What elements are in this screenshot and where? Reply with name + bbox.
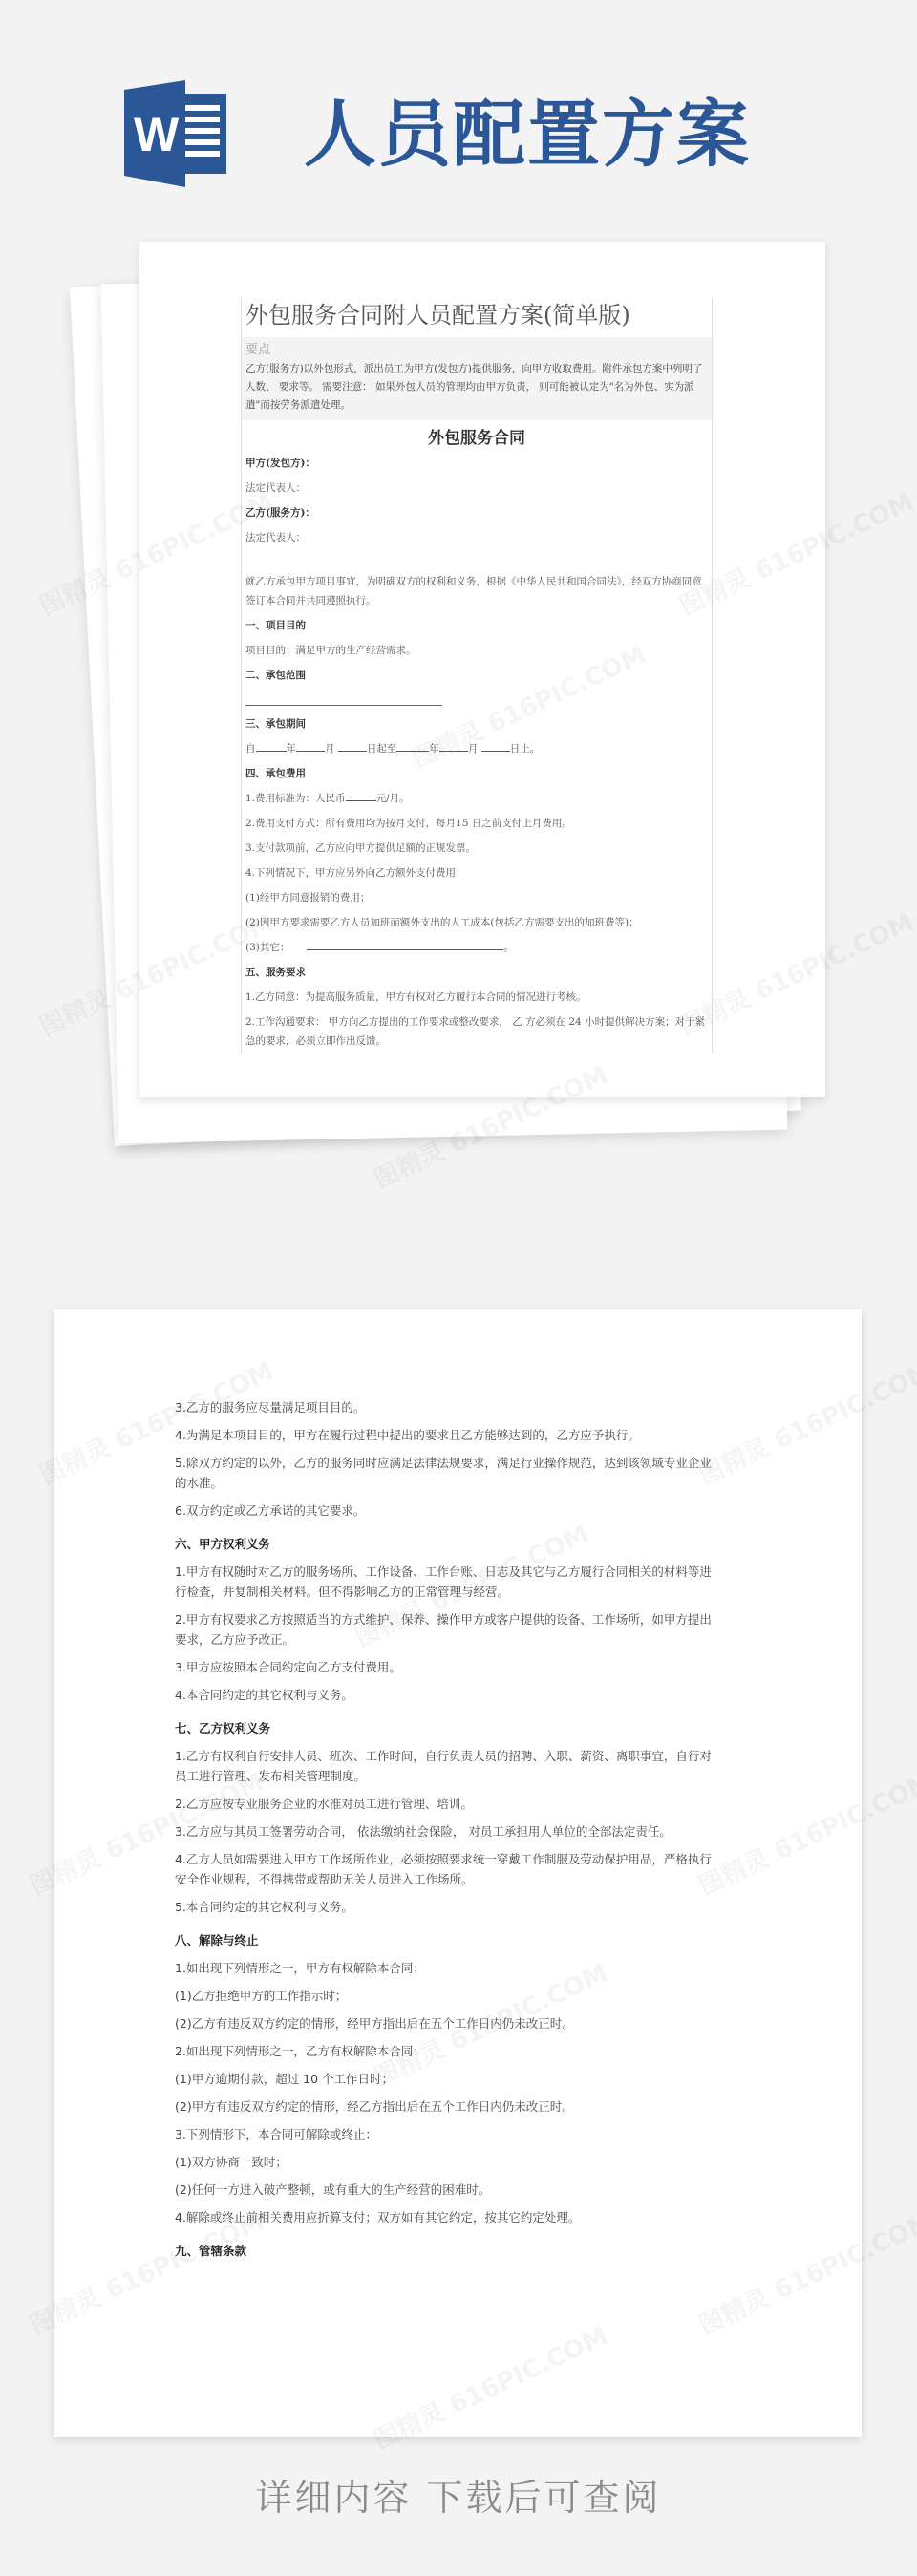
document-title: 外包服务合同附人员配置方案(简单版) xyxy=(242,297,712,337)
party-b-representative: 法定代表人： xyxy=(242,525,712,550)
list-item: (1)乙方拒绝甲方的工作指示时； xyxy=(175,1982,719,2010)
period-text: 年 xyxy=(287,743,297,755)
period-text: 月 xyxy=(325,743,335,755)
list-item: 2.如出现下列情形之一，乙方有权解除本合同： xyxy=(175,2037,719,2065)
contract-title: 外包服务合同 xyxy=(242,426,712,451)
list-item: 5.除双方约定的以外，乙方的服务同时应满足法律法规要求，满足行业操作规范，达到该… xyxy=(175,1449,719,1497)
list-item: 4.下列情况下，甲方应另外向乙方额外支付费用： xyxy=(242,861,712,885)
section-heading: 二、承包范围 xyxy=(242,663,712,688)
list-item: 1.乙方有权利自行安排人员、班次、工作时间，自行负责人员的招聘、入职、薪资、离职… xyxy=(175,1742,719,1790)
section-heading: 三、承包期间 xyxy=(242,712,712,736)
header-banner: W 人员配置方案 xyxy=(0,0,917,229)
list-item: 4.乙方人员如需要进入甲方工作场所作业，必须按照要求统一穿戴工作制服及劳动保护用… xyxy=(175,1845,719,1893)
document-page-2: 3.乙方的服务应尽量满足项目目的。4.为满足本项目目的，甲方在履行过程中提出的要… xyxy=(54,1309,862,2437)
list-item: (2)乙方有违反双方约定的情形，经甲方指出后在五个工作日内仍未改正时。 xyxy=(175,2010,719,2037)
svg-text:W: W xyxy=(134,108,180,161)
period-text: 月 xyxy=(468,743,479,755)
section-heading: 九、管辖条款 xyxy=(175,2237,719,2265)
fee-text: 1.费用标准为：人民币 xyxy=(245,793,346,804)
list-item: (2)甲方有违反双方约定的情形，经乙方指出后在五个工作日内仍未改正时。 xyxy=(175,2093,719,2120)
list-item: 5.本合同约定的其它权利与义务。 xyxy=(175,1893,719,1921)
word-document-icon: W xyxy=(124,80,229,187)
fee-text: 元/月。 xyxy=(376,793,410,804)
blank-field xyxy=(307,939,503,950)
list-item: 1.如出现下列情形之一，甲方有权解除本合同： xyxy=(175,1954,719,1982)
list-item: 4.解除或终止前相关费用应折算支付；双方如有其它约定，按其它约定处理。 xyxy=(175,2203,719,2231)
list-item: 6.双方约定或乙方承诺的其它要求。 xyxy=(175,1497,719,1524)
list-item: 2.乙方应按专业服务企业的水准对员工进行管理、培训。 xyxy=(175,1790,719,1818)
list-item: (1)甲方逾期付款，超过 10 个工作日时； xyxy=(175,2065,719,2093)
list-item: (2)任何一方进入破产整顿，或有重大的生产经营的困难时。 xyxy=(175,2176,719,2203)
list-item: (2)因甲方要求需要乙方人员加班而额外支出的人工成本(包括乙方需要支出的加班费等… xyxy=(242,910,712,935)
preamble: 就乙方承包甲方项目事宜，为明确双方的权利和义务，根据《中华人民共和国合同法》，经… xyxy=(242,569,712,613)
other-end: 。 xyxy=(503,942,514,953)
document-content: 3.乙方的服务应尽量满足项目目的。4.为满足本项目目的，甲方在履行过程中提出的要… xyxy=(175,1394,719,2265)
list-item: 1.甲方有权随时对乙方的服务场所、工作设备、工作台账、日志及其它与乙方履行合同相… xyxy=(175,1558,719,1606)
section-heading: 七、乙方权利义务 xyxy=(175,1714,719,1742)
list-item: 4.为满足本项目目的，甲方在履行过程中提出的要求且乙方能够达到的，乙方应予执行。 xyxy=(175,1421,719,1449)
list-item-other: (3)其它：。 xyxy=(242,935,712,960)
download-hint: 详细内容 下载后可查阅 xyxy=(0,2468,917,2521)
list-item: 3.支付款项前，乙方应向甲方提供足额的正规发票。 xyxy=(242,836,712,861)
section-heading: 四、承包费用 xyxy=(242,761,712,786)
period-text: 日起至 xyxy=(367,743,397,755)
section-heading: 五、服务要求 xyxy=(242,960,712,985)
list-item: 3.甲方应按照本合同约定向乙方支付费用。 xyxy=(175,1653,719,1681)
document-page-1: 外包服务合同附人员配置方案(简单版) 要点 乙方(服务方)以外包形式，派出员工为… xyxy=(139,242,825,1097)
blank-field xyxy=(256,740,287,752)
summary-box: 要点 乙方(服务方)以外包形式，派出员工为甲方(发包方)提供服务，向甲方收取费用… xyxy=(242,337,712,420)
blank-field xyxy=(296,740,325,752)
list-item: 2.工作沟通要求： 甲方向乙方提出的工作要求或整改要求， 乙 方必须在 24 小… xyxy=(242,1010,712,1054)
period-text: 日止。 xyxy=(510,743,541,755)
section-heading: 一、项目目的 xyxy=(242,613,712,638)
other-label: (3)其它： xyxy=(245,942,289,953)
section-heading: 六、甲方权利义务 xyxy=(175,1530,719,1558)
period-text: 年 xyxy=(429,743,439,755)
blank-field xyxy=(338,740,367,752)
summary-text: 乙方(服务方)以外包形式，派出员工为甲方(发包方)提供服务，向甲方收取费用。附件… xyxy=(245,360,708,415)
blank-field xyxy=(439,740,468,752)
list-item: 3.下列情形下，本合同可解除或终止： xyxy=(175,2120,719,2148)
list-item: 4.本合同约定的其它权利与义务。 xyxy=(175,1681,719,1709)
page-title: 人员配置方案 xyxy=(304,92,751,178)
list-item: 2.费用支付方式：所有费用均为按月支付，每月15 日之前支付上月费用。 xyxy=(242,811,712,836)
list-item: 3.乙方的服务应尽量满足项目目的。 xyxy=(175,1394,719,1421)
section-heading: 八、解除与终止 xyxy=(175,1927,719,1954)
party-b-label: 乙方(服务方)： xyxy=(242,500,712,525)
blank-field xyxy=(346,790,376,801)
party-a-representative: 法定代表人： xyxy=(242,476,712,500)
list-item: 2.甲方有权要求乙方按照适当的方式维护、保养、操作甲方或客户提供的设备、工作场所… xyxy=(175,1606,719,1653)
blank-field xyxy=(481,740,510,752)
list-item: (1)经甲方同意报销的费用； xyxy=(242,885,712,910)
document-content: 外包服务合同附人员配置方案(简单版) 要点 乙方(服务方)以外包形式，派出员工为… xyxy=(241,297,713,1054)
list-item: (1)双方协商一致时； xyxy=(175,2148,719,2176)
summary-label: 要点 xyxy=(245,341,708,360)
fee-standard: 1.费用标准为：人民币元/月。 xyxy=(242,786,712,811)
blank-field-line xyxy=(245,705,442,706)
blank-field xyxy=(396,740,429,752)
list-item: 1.乙方同意：为提高服务质量，甲方有权对乙方履行本合同的情况进行考核。 xyxy=(242,985,712,1010)
list-item: 3.乙方应与其员工签署劳动合同， 依法缴纳社会保险， 对员工承担用人单位的全部法… xyxy=(175,1818,719,1845)
contract-period: 自年月 日起至年月 日止。 xyxy=(242,736,712,761)
period-text: 自 xyxy=(245,743,256,755)
section-text: 项目目的：满足甲方的生产经营需求。 xyxy=(242,638,712,663)
party-a-label: 甲方(发包方)： xyxy=(242,451,712,476)
